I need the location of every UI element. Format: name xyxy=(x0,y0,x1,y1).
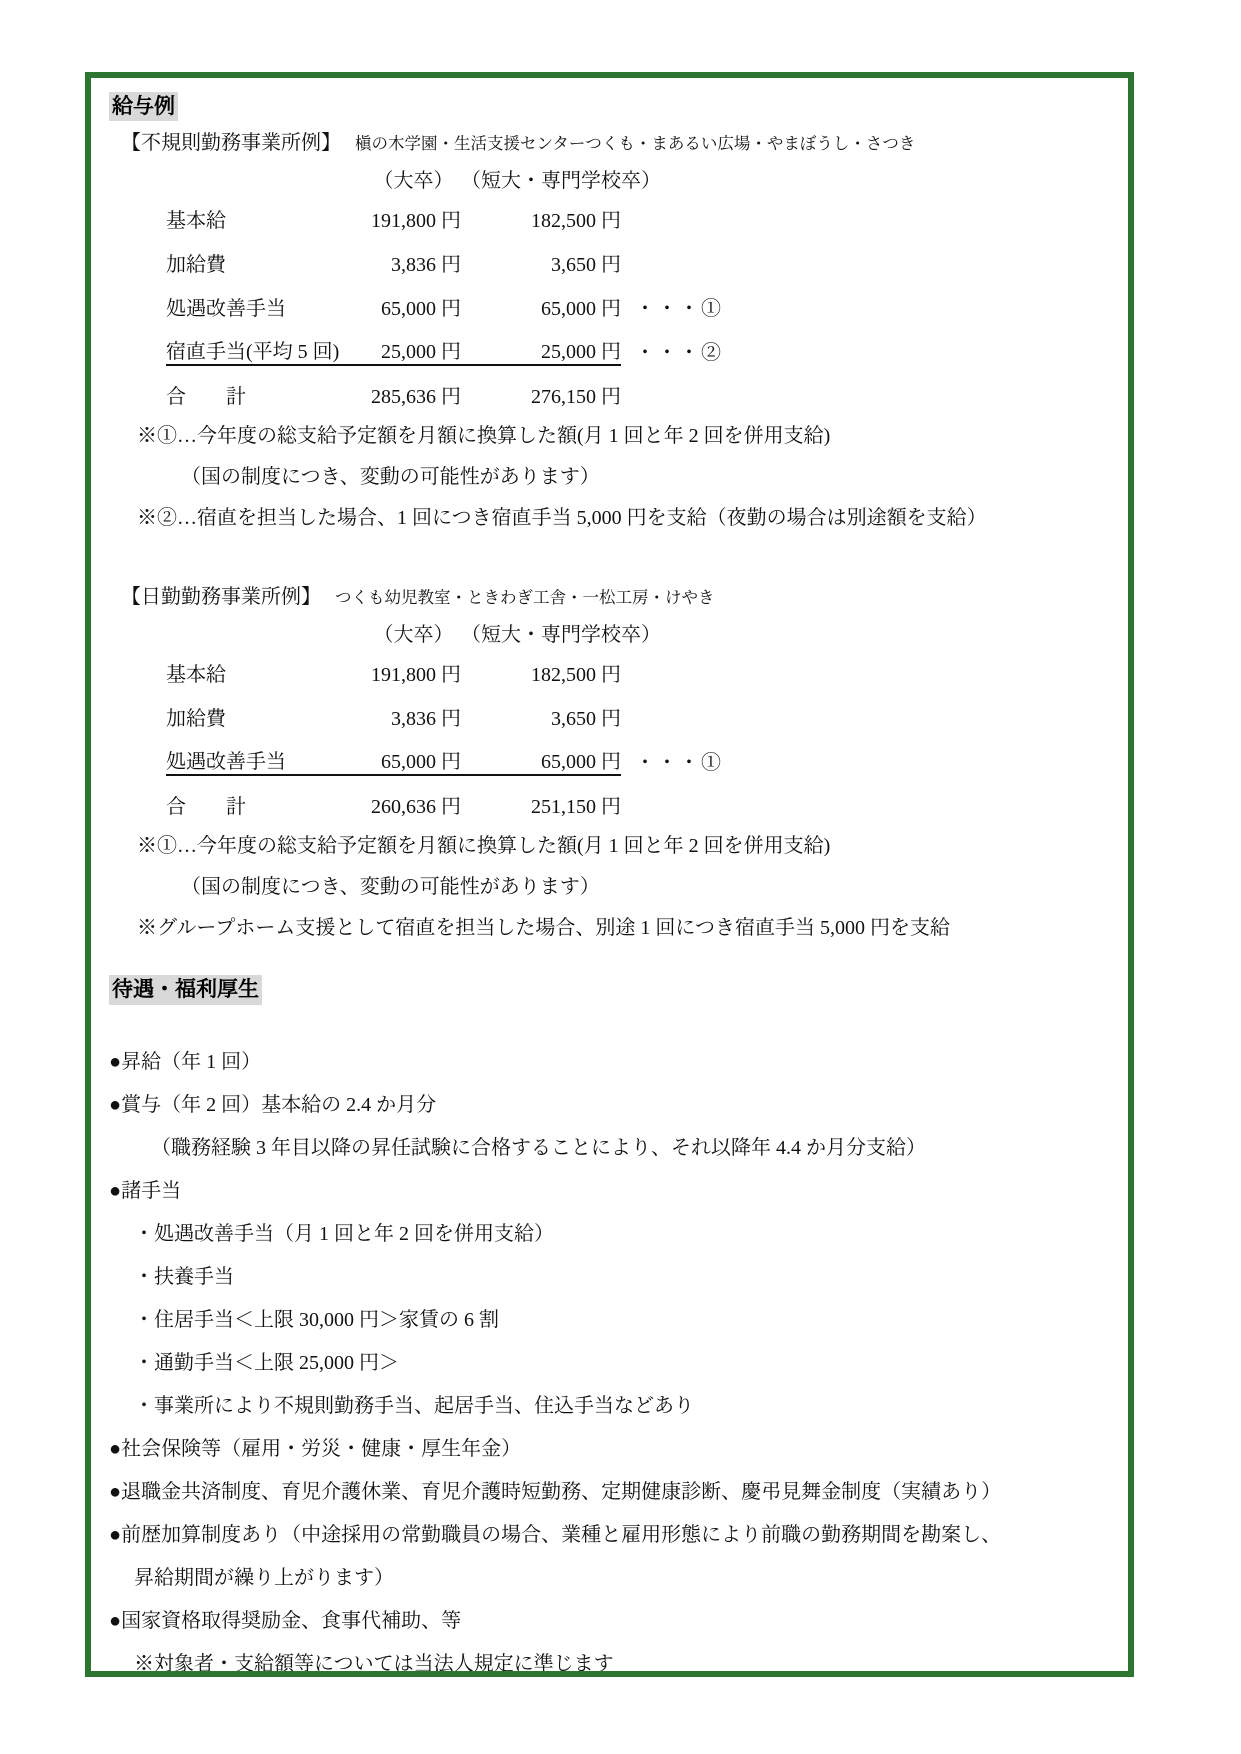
example-heading: 【日勤勤務事業所例】つくも幼児教室・ときわぎ工舎・一松工房・けやき xyxy=(121,581,1118,614)
table-row: 処遇改善手当 65,000 円 65,000 円 ・・・① xyxy=(166,284,1118,328)
example-heading: 【不規則勤務事業所例】槇の木学園・生活支援センターつくも・まあるい広場・やまぼう… xyxy=(121,127,1118,160)
facility-names: 槇の木学園・生活支援センターつくも・まあるい広場・やまぼうし・さつき xyxy=(355,134,915,153)
salary-example-irregular: 【不規則勤務事業所例】槇の木学園・生活支援センターつくも・まあるい広場・やまぼう… xyxy=(109,127,1118,539)
benefits-section-title: 待遇・福利厚生 xyxy=(109,975,262,1004)
col-header-tandai: （短大・専門学校卒） xyxy=(461,164,621,193)
salary-example-dayshift: 【日勤勤務事業所例】つくも幼児教室・ときわぎ工舎・一松工房・けやき （大卒） （… xyxy=(109,581,1118,949)
footnote: （国の制度につき、変動の可能性があります） xyxy=(181,867,1118,908)
benefit-item: ・処遇改善手当（月 1 回と年 2 回を併用支給） xyxy=(134,1213,1118,1256)
table-header-row: （大卒） （短大・専門学校卒） xyxy=(166,160,1118,196)
benefit-item: ・通勤手当＜上限 25,000 円＞ xyxy=(134,1342,1118,1385)
col-header-tandai: （短大・専門学校卒） xyxy=(461,618,621,647)
salary-section: 給与例 【不規則勤務事業所例】槇の木学園・生活支援センターつくも・まあるい広場・… xyxy=(109,92,1118,949)
table-row: 基本給 191,800 円 182,500 円 xyxy=(166,650,1118,694)
benefit-item: ※対象者・支給額等については当法人規定に準じます xyxy=(134,1643,1118,1677)
col-header-daigaku: （大卒） xyxy=(366,164,461,193)
benefit-item: ●国家資格取得奨励金、食事代補助、等 xyxy=(109,1600,1118,1643)
benefit-item: ●昇給（年 1 回） xyxy=(109,1041,1118,1084)
benefit-item: ●社会保険等（雇用・労災・健康・厚生年金） xyxy=(109,1428,1118,1471)
facility-names: つくも幼児教室・ときわぎ工舎・一松工房・けやき xyxy=(335,588,715,607)
salary-table: （大卒） （短大・専門学校卒） 基本給 191,800 円 182,500 円 … xyxy=(166,614,1118,826)
benefit-item: ●退職金共済制度、育児介護休業、育児介護時短勤務、定期健康診断、慶弔見舞金制度（… xyxy=(109,1471,1118,1514)
table-total-row: 合 計 285,636 円 276,150 円 xyxy=(166,372,1118,416)
benefit-item: （職務経験 3 年目以降の昇任試験に合格することにより、それ以降年 4.4 か月… xyxy=(151,1127,1118,1170)
table-row: 加給費 3,836 円 3,650 円 xyxy=(166,694,1118,738)
benefit-item: ・住居手当＜上限 30,000 円＞家賃の 6 割 xyxy=(134,1299,1118,1342)
benefit-item: ・扶養手当 xyxy=(134,1256,1118,1299)
footnote: ※グループホーム支援として宿直を担当した場合、別途 1 回につき宿直手当 5,0… xyxy=(137,908,1118,949)
footnote: （国の制度につき、変動の可能性があります） xyxy=(181,457,1118,498)
benefit-item: 昇給期間が繰り上がります） xyxy=(134,1557,1118,1600)
benefit-item: ●諸手当 xyxy=(109,1170,1118,1213)
table-row: 処遇改善手当 65,000 円 65,000 円 ・・・① xyxy=(166,738,1118,782)
benefit-item: ●賞与（年 2 回）基本給の 2.4 か月分 xyxy=(109,1084,1118,1127)
footnote: ※①…今年度の総支給予定額を月額に換算した額(月 1 回と年 2 回を併用支給) xyxy=(137,826,1118,867)
salary-table: （大卒） （短大・専門学校卒） 基本給 191,800 円 182,500 円 … xyxy=(166,160,1118,416)
benefit-item: ●前歴加算制度あり（中途採用の常勤職員の場合、業種と雇用形態により前職の勤務期間… xyxy=(109,1514,1118,1557)
page-border-frame: 給与例 【不規則勤務事業所例】槇の木学園・生活支援センターつくも・まあるい広場・… xyxy=(85,72,1134,1677)
footnote: ※②…宿直を担当した場合、1 回につき宿直手当 5,000 円を支給（夜勤の場合… xyxy=(137,498,1118,539)
footnote: ※①…今年度の総支給予定額を月額に換算した額(月 1 回と年 2 回を併用支給) xyxy=(137,416,1118,457)
table-row: 宿直手当(平均 5 回) 25,000 円 25,000 円 ・・・② xyxy=(166,328,1118,372)
table-total-row: 合 計 260,636 円 251,150 円 xyxy=(166,782,1118,826)
benefit-item: ・事業所により不規則勤務手当、起居手当、住込手当などあり xyxy=(134,1385,1118,1428)
example-heading-label: 【日勤勤務事業所例】 xyxy=(121,586,321,608)
example-heading-label: 【不規則勤務事業所例】 xyxy=(121,132,341,154)
page-content: 給与例 【不規則勤務事業所例】槇の木学園・生活支援センターつくも・まあるい広場・… xyxy=(91,78,1128,1677)
salary-section-title: 給与例 xyxy=(109,92,178,121)
col-header-daigaku: （大卒） xyxy=(366,618,461,647)
benefits-section: 待遇・福利厚生 ●昇給（年 1 回） ●賞与（年 2 回）基本給の 2.4 か月… xyxy=(109,975,1118,1677)
table-row: 加給費 3,836 円 3,650 円 xyxy=(166,240,1118,284)
table-header-row: （大卒） （短大・専門学校卒） xyxy=(166,614,1118,650)
table-row: 基本給 191,800 円 182,500 円 xyxy=(166,196,1118,240)
